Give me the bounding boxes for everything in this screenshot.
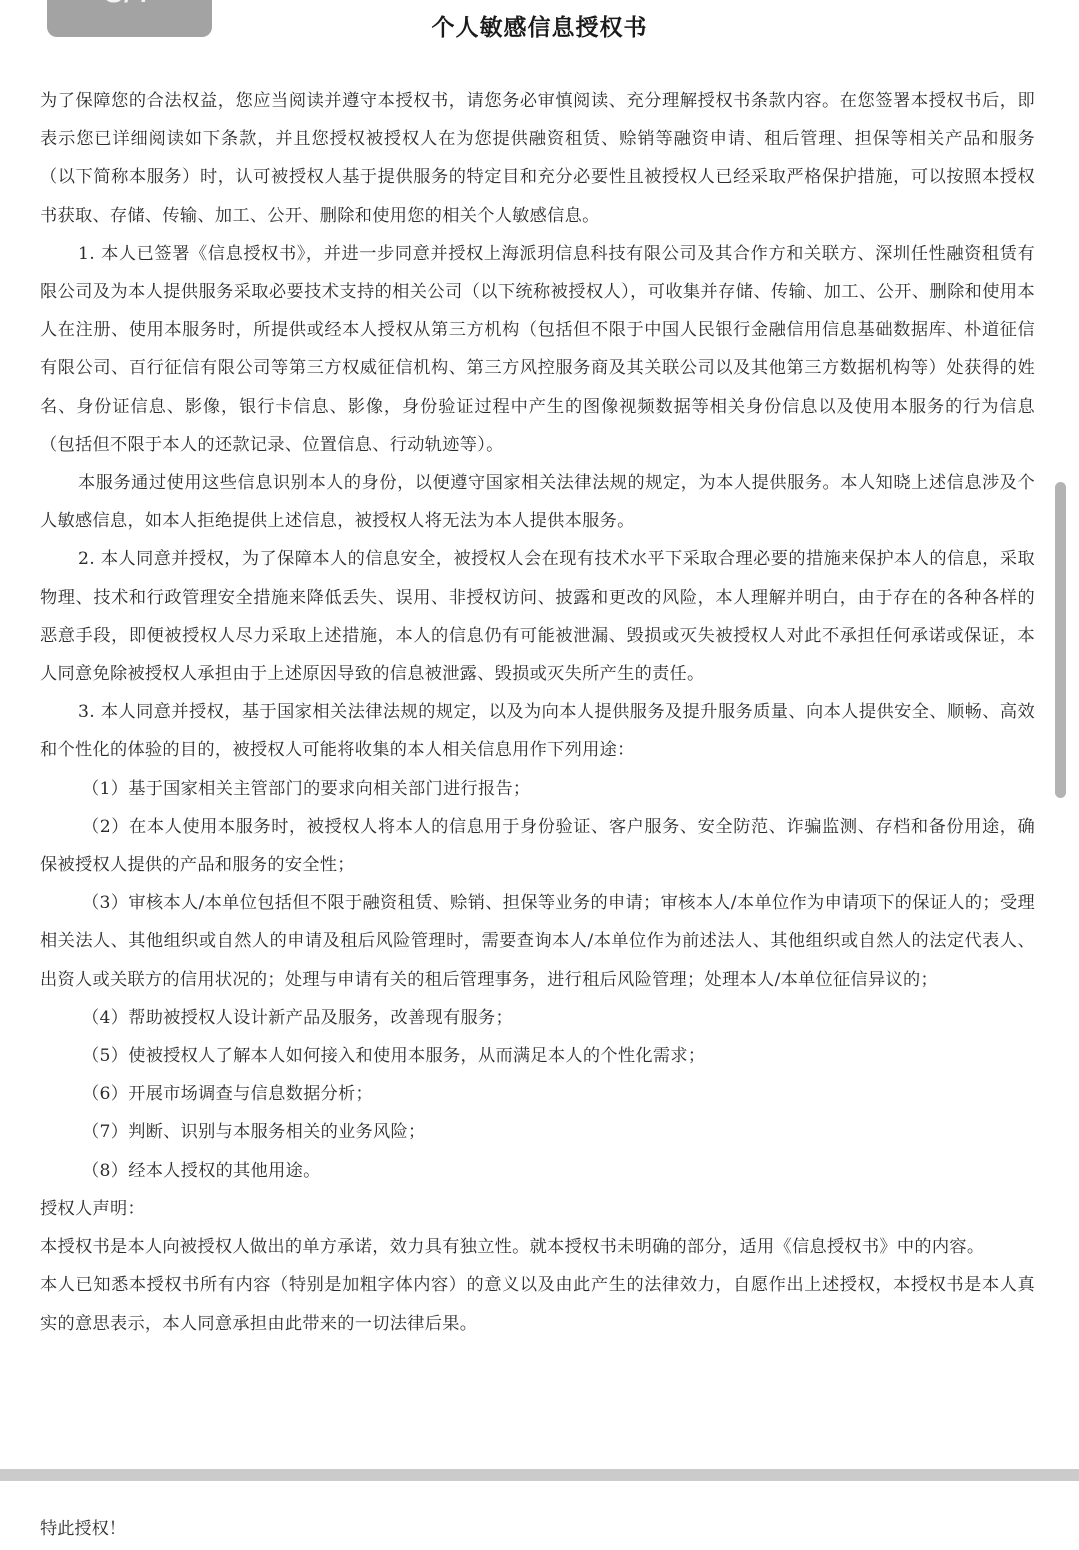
document-title: 个人敏感信息授权书: [0, 9, 1079, 42]
purpose-item: （5）使被授权人了解本人如何接入和使用本服务，从而满足本人的个性化需求；: [40, 1037, 1035, 1075]
purpose-item: （4）帮助被授权人设计新产品及服务，改善现有服务；: [40, 999, 1035, 1037]
page-indicator-text: 3/7: [47, 0, 212, 8]
page-separator: [0, 1469, 1079, 1481]
clause-1-paragraph: 1. 本人已签署《信息授权书》，并进一步同意并授权上海派玥信息科技有限公司及其合…: [40, 235, 1035, 464]
vertical-scrollbar-thumb[interactable]: [1055, 482, 1066, 798]
purpose-item: （8）经本人授权的其他用途。: [40, 1152, 1035, 1190]
purpose-item: （2）在本人使用本服务时，被授权人将本人的信息用于身份验证、客户服务、安全防范、…: [40, 808, 1035, 884]
closing-statement: 特此授权！: [40, 1514, 126, 1544]
clause-3-paragraph: 3. 本人同意并授权，基于国家相关法律法规的规定，以及为向本人提供服务及提升服务…: [40, 693, 1035, 769]
document-body: 为了保障您的合法权益，您应当阅读并遵守本授权书，请您务必审慎阅读、充分理解授权书…: [40, 82, 1035, 1343]
purpose-item: （6）开展市场调查与信息数据分析；: [40, 1075, 1035, 1113]
purpose-item: （1）基于国家相关主管部门的要求向相关部门进行报告；: [40, 770, 1035, 808]
clause-2-paragraph: 2. 本人同意并授权，为了保障本人的信息安全，被授权人会在现有技术水平下采取合理…: [40, 540, 1035, 693]
declaration-paragraph-1: 本授权书是本人向被授权人做出的单方承诺，效力具有独立性。就本授权书未明确的部分，…: [40, 1228, 1035, 1266]
purpose-item: （7）判断、识别与本服务相关的业务风险；: [40, 1113, 1035, 1151]
declaration-paragraph-2: 本人已知悉本授权书所有内容（特别是加粗字体内容）的意义以及由此产生的法律效力，自…: [40, 1266, 1035, 1342]
intro-paragraph: 为了保障您的合法权益，您应当阅读并遵守本授权书，请您务必审慎阅读、充分理解授权书…: [40, 82, 1035, 235]
clause-1-note-paragraph: 本服务通过使用这些信息识别本人的身份，以便遵守国家相关法律法规的规定，为本人提供…: [40, 464, 1035, 540]
purpose-item: （3）审核本人/本单位包括但不限于融资租赁、赊销、担保等业务的申请；审核本人/本…: [40, 884, 1035, 999]
declaration-heading: 授权人声明：: [40, 1190, 1035, 1228]
